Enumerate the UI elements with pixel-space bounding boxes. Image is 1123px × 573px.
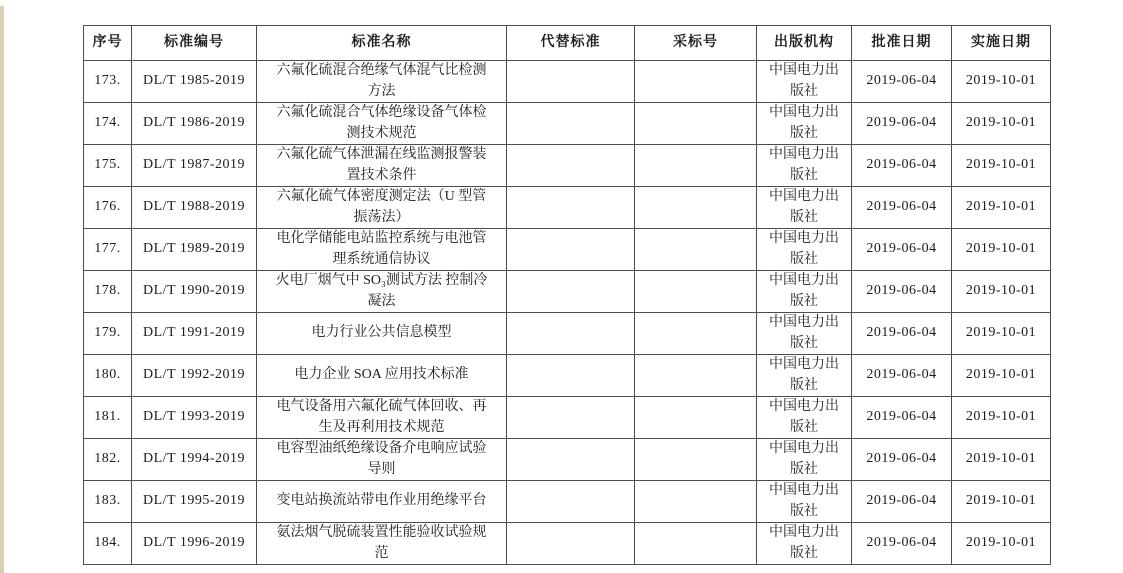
- cell-implementation-date: 2019-10-01: [952, 187, 1051, 229]
- cell-standard-code: DL/T 1989-2019: [132, 229, 257, 271]
- cell-standard-name: 电力企业 SOA 应用技术标准: [257, 355, 507, 397]
- cell-standard-name: 氨法烟气脱硫装置性能验收试验规范: [257, 523, 507, 565]
- cell-adopted-number: [635, 229, 757, 271]
- cell-approval-date: 2019-06-04: [852, 271, 952, 313]
- document-page: 序号 标准编号 标准名称 代替标准 采标号 出版机构 批准日期 实施日期 173…: [0, 0, 1123, 573]
- cell-index: 180.: [84, 355, 132, 397]
- cell-approval-date: 2019-06-04: [852, 61, 952, 103]
- cell-approval-date: 2019-06-04: [852, 439, 952, 481]
- header-approval-date: 批准日期: [852, 26, 952, 61]
- cell-publisher: 中国电力出版社: [757, 355, 852, 397]
- cell-index: 182.: [84, 439, 132, 481]
- cell-approval-date: 2019-06-04: [852, 355, 952, 397]
- table-row: 183. DL/T 1995-2019 变电站换流站带电作业用绝缘平台 中国电力…: [84, 481, 1051, 523]
- cell-standard-name: 六氟化硫混合绝缘气体混气比检测方法: [257, 61, 507, 103]
- header-replaced: 代替标准: [507, 26, 635, 61]
- cell-adopted-number: [635, 439, 757, 481]
- table-body: 173. DL/T 1985-2019 六氟化硫混合绝缘气体混气比检测方法 中国…: [84, 61, 1051, 565]
- cell-standard-name: 电力行业公共信息模型: [257, 313, 507, 355]
- cell-adopted-number: [635, 355, 757, 397]
- cell-replaced-standard: [507, 271, 635, 313]
- cell-standard-name: 六氟化硫气体泄漏在线监测报警装置技术条件: [257, 145, 507, 187]
- table-row: 176. DL/T 1988-2019 六氟化硫气体密度测定法（U 型管振荡法）…: [84, 187, 1051, 229]
- header-name: 标准名称: [257, 26, 507, 61]
- cell-approval-date: 2019-06-04: [852, 145, 952, 187]
- cell-approval-date: 2019-06-04: [852, 229, 952, 271]
- cell-standard-name: 六氟化硫气体密度测定法（U 型管振荡法）: [257, 187, 507, 229]
- cell-publisher: 中国电力出版社: [757, 481, 852, 523]
- cell-adopted-number: [635, 103, 757, 145]
- cell-standard-code: DL/T 1992-2019: [132, 355, 257, 397]
- cell-index: 179.: [84, 313, 132, 355]
- cell-implementation-date: 2019-10-01: [952, 145, 1051, 187]
- cell-standard-code: DL/T 1985-2019: [132, 61, 257, 103]
- cell-implementation-date: 2019-10-01: [952, 271, 1051, 313]
- page-edge-strip: [0, 6, 4, 573]
- cell-approval-date: 2019-06-04: [852, 397, 952, 439]
- table-row: 182. DL/T 1994-2019 电容型油纸绝缘设备介电响应试验导则 中国…: [84, 439, 1051, 481]
- cell-standard-code: DL/T 1990-2019: [132, 271, 257, 313]
- cell-publisher: 中国电力出版社: [757, 397, 852, 439]
- cell-publisher: 中国电力出版社: [757, 145, 852, 187]
- cell-index: 174.: [84, 103, 132, 145]
- cell-publisher: 中国电力出版社: [757, 61, 852, 103]
- cell-implementation-date: 2019-10-01: [952, 397, 1051, 439]
- cell-implementation-date: 2019-10-01: [952, 439, 1051, 481]
- cell-publisher: 中国电力出版社: [757, 103, 852, 145]
- cell-standard-code: DL/T 1991-2019: [132, 313, 257, 355]
- cell-standard-code: DL/T 1993-2019: [132, 397, 257, 439]
- cell-index: 175.: [84, 145, 132, 187]
- cell-standard-name: 变电站换流站带电作业用绝缘平台: [257, 481, 507, 523]
- cell-implementation-date: 2019-10-01: [952, 355, 1051, 397]
- cell-standard-code: DL/T 1988-2019: [132, 187, 257, 229]
- cell-standard-name: 六氟化硫混合气体绝缘设备气体检测技术规范: [257, 103, 507, 145]
- cell-standard-code: DL/T 1994-2019: [132, 439, 257, 481]
- cell-adopted-number: [635, 397, 757, 439]
- cell-adopted-number: [635, 481, 757, 523]
- cell-index: 183.: [84, 481, 132, 523]
- cell-publisher: 中国电力出版社: [757, 187, 852, 229]
- table-row: 173. DL/T 1985-2019 六氟化硫混合绝缘气体混气比检测方法 中国…: [84, 61, 1051, 103]
- cell-adopted-number: [635, 61, 757, 103]
- cell-adopted-number: [635, 523, 757, 565]
- cell-approval-date: 2019-06-04: [852, 103, 952, 145]
- cell-publisher: 中国电力出版社: [757, 313, 852, 355]
- table-row: 178. DL/T 1990-2019 火电厂烟气中 SO₃测试方法 控制冷凝法…: [84, 271, 1051, 313]
- cell-standard-name: 电化学储能电站监控系统与电池管理系统通信协议: [257, 229, 507, 271]
- header-implementation-date: 实施日期: [952, 26, 1051, 61]
- cell-approval-date: 2019-06-04: [852, 313, 952, 355]
- cell-standard-name: 火电厂烟气中 SO₃测试方法 控制冷凝法: [257, 271, 507, 313]
- cell-adopted-number: [635, 187, 757, 229]
- standards-table: 序号 标准编号 标准名称 代替标准 采标号 出版机构 批准日期 实施日期 173…: [83, 25, 1051, 565]
- cell-publisher: 中国电力出版社: [757, 229, 852, 271]
- table-row: 179. DL/T 1991-2019 电力行业公共信息模型 中国电力出版社 2…: [84, 313, 1051, 355]
- table-header: 序号 标准编号 标准名称 代替标准 采标号 出版机构 批准日期 实施日期: [84, 26, 1051, 61]
- cell-implementation-date: 2019-10-01: [952, 61, 1051, 103]
- cell-adopted-number: [635, 271, 757, 313]
- cell-index: 178.: [84, 271, 132, 313]
- cell-standard-code: DL/T 1986-2019: [132, 103, 257, 145]
- cell-publisher: 中国电力出版社: [757, 271, 852, 313]
- cell-index: 176.: [84, 187, 132, 229]
- cell-standard-code: DL/T 1996-2019: [132, 523, 257, 565]
- cell-standard-code: DL/T 1987-2019: [132, 145, 257, 187]
- table-row: 175. DL/T 1987-2019 六氟化硫气体泄漏在线监测报警装置技术条件…: [84, 145, 1051, 187]
- cell-index: 181.: [84, 397, 132, 439]
- cell-replaced-standard: [507, 229, 635, 271]
- cell-replaced-standard: [507, 439, 635, 481]
- header-row: 序号 标准编号 标准名称 代替标准 采标号 出版机构 批准日期 实施日期: [84, 26, 1051, 61]
- header-publisher: 出版机构: [757, 26, 852, 61]
- table-row: 177. DL/T 1989-2019 电化学储能电站监控系统与电池管理系统通信…: [84, 229, 1051, 271]
- table-row: 184. DL/T 1996-2019 氨法烟气脱硫装置性能验收试验规范 中国电…: [84, 523, 1051, 565]
- cell-index: 184.: [84, 523, 132, 565]
- cell-replaced-standard: [507, 481, 635, 523]
- header-adopted: 采标号: [635, 26, 757, 61]
- table-row: 181. DL/T 1993-2019 电气设备用六氟化硫气体回收、再生及再利用…: [84, 397, 1051, 439]
- cell-approval-date: 2019-06-04: [852, 481, 952, 523]
- cell-implementation-date: 2019-10-01: [952, 481, 1051, 523]
- cell-replaced-standard: [507, 313, 635, 355]
- cell-standard-name: 电容型油纸绝缘设备介电响应试验导则: [257, 439, 507, 481]
- cell-replaced-standard: [507, 61, 635, 103]
- cell-publisher: 中国电力出版社: [757, 439, 852, 481]
- header-index: 序号: [84, 26, 132, 61]
- cell-replaced-standard: [507, 145, 635, 187]
- cell-replaced-standard: [507, 103, 635, 145]
- cell-adopted-number: [635, 145, 757, 187]
- cell-implementation-date: 2019-10-01: [952, 229, 1051, 271]
- cell-index: 173.: [84, 61, 132, 103]
- table-row: 174. DL/T 1986-2019 六氟化硫混合气体绝缘设备气体检测技术规范…: [84, 103, 1051, 145]
- cell-adopted-number: [635, 313, 757, 355]
- cell-implementation-date: 2019-10-01: [952, 523, 1051, 565]
- cell-replaced-standard: [507, 355, 635, 397]
- cell-implementation-date: 2019-10-01: [952, 313, 1051, 355]
- cell-standard-code: DL/T 1995-2019: [132, 481, 257, 523]
- cell-standard-name: 电气设备用六氟化硫气体回收、再生及再利用技术规范: [257, 397, 507, 439]
- cell-replaced-standard: [507, 397, 635, 439]
- cell-replaced-standard: [507, 523, 635, 565]
- cell-approval-date: 2019-06-04: [852, 187, 952, 229]
- cell-replaced-standard: [507, 187, 635, 229]
- cell-implementation-date: 2019-10-01: [952, 103, 1051, 145]
- table-row: 180. DL/T 1992-2019 电力企业 SOA 应用技术标准 中国电力…: [84, 355, 1051, 397]
- header-code: 标准编号: [132, 26, 257, 61]
- cell-approval-date: 2019-06-04: [852, 523, 952, 565]
- cell-publisher: 中国电力出版社: [757, 523, 852, 565]
- cell-index: 177.: [84, 229, 132, 271]
